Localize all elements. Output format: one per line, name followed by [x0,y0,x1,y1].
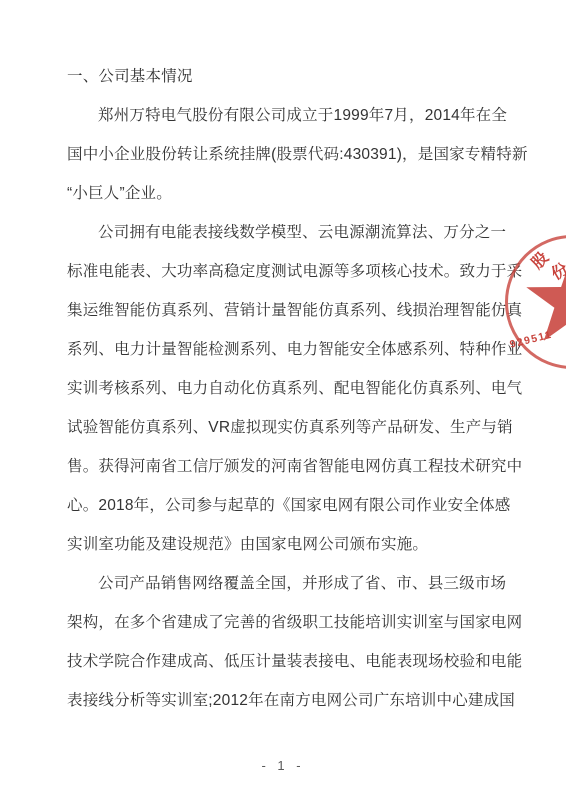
text-line: 公司拥有电能表接线数学模型、云电源潮流算法、万分之一 [67,213,513,252]
section-heading: 一、公司基本情况 [67,57,513,96]
text-line: 售。获得河南省工信厅颁发的河南省智能电网仿真工程技术研究中 [67,447,513,486]
document-page: 一、公司基本情况 郑州万特电气股份有限公司成立于1999年7月，2014年在全国… [0,0,566,800]
text-line: 标准电能表、大功率高稳定度测试电源等多项核心技术。致力于采 [67,252,513,291]
text-line: 郑州万特电气股份有限公司成立于1999年7月，2014年在全 [67,96,513,135]
text-line: 国中小企业股份转让系统挂牌(股票代码:430391)，是国家专精特新 [67,135,513,174]
paragraphs-container: 郑州万特电气股份有限公司成立于1999年7月，2014年在全国中小企业股份转让系… [67,96,513,720]
seal-arc-character: 份 [546,257,566,285]
text-line: 实训室功能及建设规范》由国家电网公司颁布实施。 [67,525,513,564]
seal-arc-character: 股 [525,246,553,274]
text-line: 技术学院合作建成高、低压计量装表接电、电能表现场校验和电能 [67,642,513,681]
text-line: 系列、电力计量智能检测系列、电力智能安全体感系列、特种作业 [67,330,513,369]
text-line: 表接线分析等实训室;2012年在南方电网公司广东培训中心建成国 [67,681,513,720]
text-line: 架构，在多个省建成了完善的省级职工技能培训实训室与国家电网 [67,603,513,642]
text-line: 心。2018年，公司参与起草的《国家电网有限公司作业安全体感 [67,486,513,525]
text-line: 集运维智能仿真系列、营销计量智能仿真系列、线损治理智能仿真 [67,291,513,330]
text-line: 公司产品销售网络覆盖全国，并形成了省、市、县三级市场 [67,564,513,603]
text-line: 试验智能仿真系列、VR虚拟现实仿真系列等产品研发、生产与销 [67,408,513,447]
page-number: - 1 - [0,758,566,773]
seal-star-icon [522,252,566,352]
document-body: 一、公司基本情况 郑州万特电气股份有限公司成立于1999年7月，2014年在全国… [67,57,513,720]
text-line: “小巨人”企业。 [67,174,513,213]
text-line: 实训考核系列、电力自动化仿真系列、配电智能化仿真系列、电气 [67,369,513,408]
